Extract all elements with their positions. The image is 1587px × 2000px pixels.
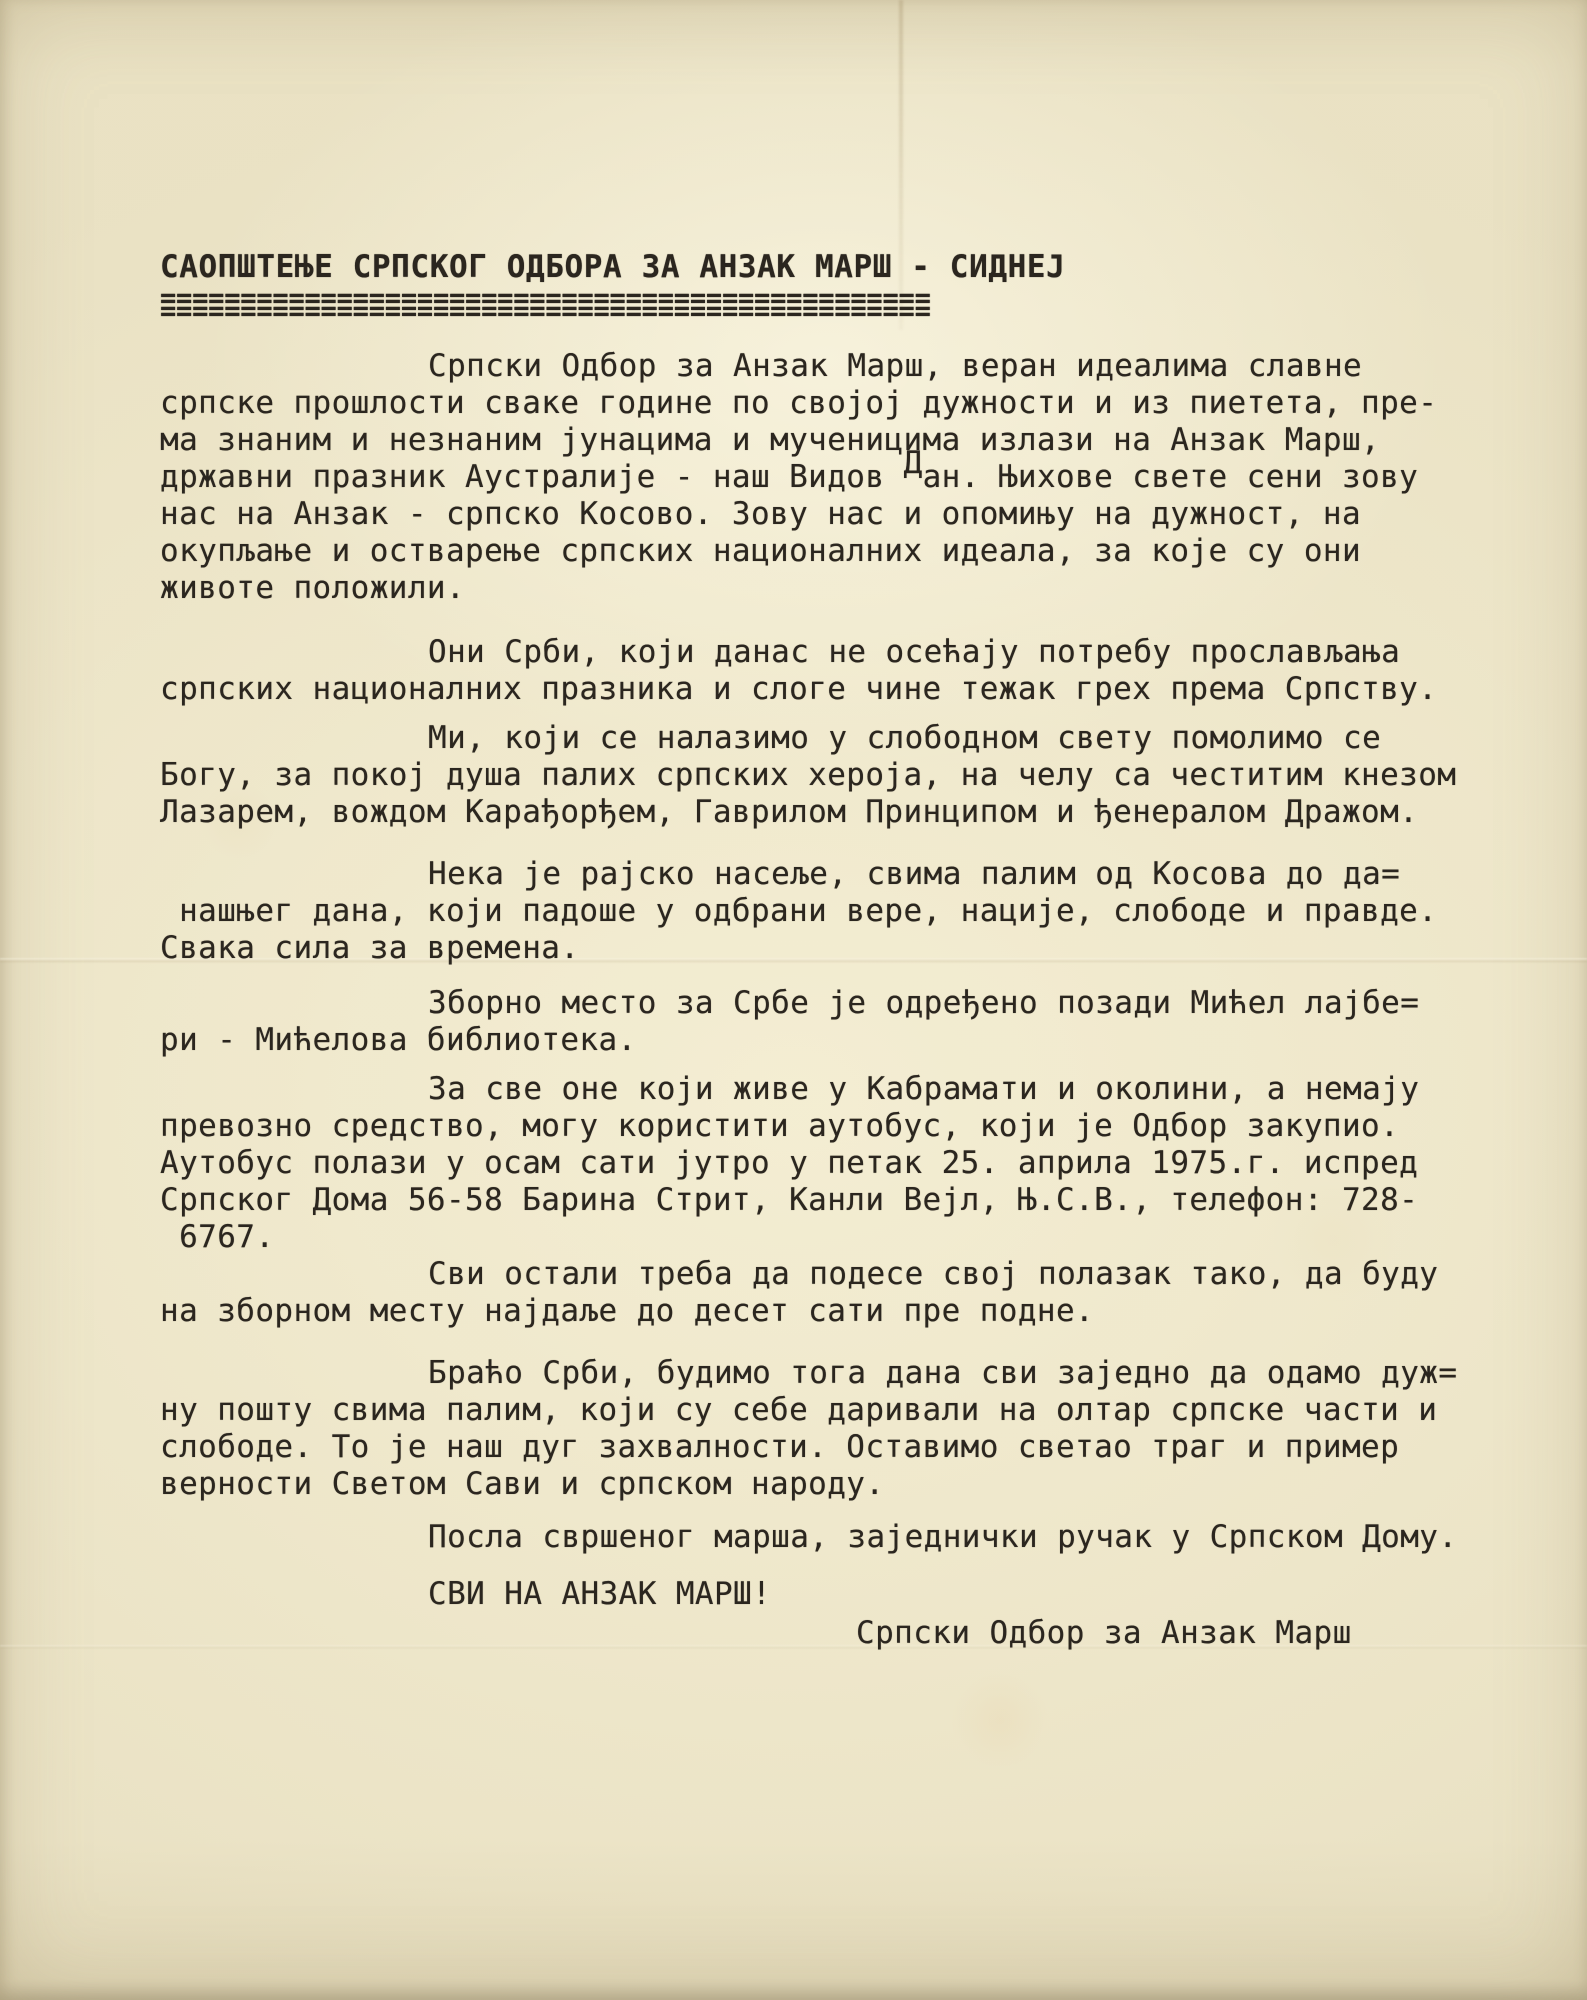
underline-row: ========================================…	[160, 302, 1480, 315]
paragraph-1: Српски Одбор за Анзак Марш, веран идеали…	[160, 348, 1480, 607]
signature-text: Српски Одбор за Анзак Марш	[856, 1615, 1480, 1652]
letter-content: САОПШТЕЊЕ СРПСКОГ ОДБОРА ЗА АНЗАК МАРШ -…	[160, 248, 1480, 1652]
paragraph-3: Ми, који се налазимо у слободном свету п…	[160, 720, 1480, 831]
paragraph-4: Нека је рајско насеље, свима палим од Ко…	[160, 856, 1480, 967]
text-line: Браћо Срби, будимо тога дана сви заједно…	[160, 1355, 1480, 1392]
text-line: на зборном месту најдаље до десет сати п…	[160, 1293, 1480, 1330]
text-line: Сви остали треба да подесе свој полазак …	[160, 1256, 1480, 1293]
text-line: Ми, који се налазимо у слободном свету п…	[160, 720, 1480, 757]
text-line: Свака сила за времена.	[160, 930, 1480, 967]
text-line: слободе. То је наш дуг захвалности. Оста…	[160, 1429, 1480, 1466]
text-segment: државни празник Аустралије - наш Видов	[160, 459, 903, 495]
document-title: САОПШТЕЊЕ СРПСКОГ ОДБОРА ЗА АНЗАК МАРШ -…	[160, 248, 1480, 286]
text-line: нашњег дана, који падоше у одбрани вере,…	[160, 893, 1480, 930]
raised-typed-letter: Д	[903, 445, 922, 482]
text-line: Они Срби, који данас не осећају потребу …	[160, 634, 1480, 671]
text-line: ма знаним и незнаним јунацима и мученици…	[160, 422, 1480, 459]
title-underline: ========================================…	[160, 289, 1480, 320]
text-segment: ан. Њихове свете сени зову	[923, 459, 1419, 495]
paragraph-5: Зборно место за Србе је одређено позади …	[160, 985, 1480, 1059]
paragraph-8: Браћо Срби, будимо тога дана сви заједно…	[160, 1355, 1480, 1503]
text-line: Нека је рајско насеље, свима палим од Ко…	[160, 856, 1480, 893]
slogan-text: СВИ НА АНЗАК МАРШ!	[160, 1576, 1480, 1613]
text-line: Српски Одбор за Анзак Марш, веран идеали…	[160, 348, 1480, 385]
text-line: ну пошту свима палим, који су себе дарив…	[160, 1392, 1480, 1429]
text-line: Аутобус полази у осам сати јутро у петак…	[160, 1145, 1480, 1182]
text-line: ри - Мићелова библиотека.	[160, 1022, 1480, 1059]
text-line: Зборно место за Србе је одређено позади …	[160, 985, 1480, 1022]
text-line: окупљање и остварење српских националних…	[160, 533, 1480, 570]
text-line: Српског Дома 56-58 Барина Стрит, Канли В…	[160, 1182, 1480, 1219]
text-line: превозно средство, могу користити аутобу…	[160, 1108, 1480, 1145]
signature: Српски Одбор за Анзак Марш	[856, 1615, 1480, 1652]
text-line: животе положили.	[160, 570, 1480, 607]
paragraph-7: Сви остали треба да подесе свој полазак …	[160, 1256, 1480, 1330]
paragraph-6: За све оне који живе у Кабрамати и околи…	[160, 1071, 1480, 1256]
text-line: Лазарем, вождом Карађорђем, Гаврилом При…	[160, 794, 1480, 831]
text-line: 6767.	[160, 1219, 1480, 1256]
text-line: државни празник Аустралије - наш Видов Д…	[160, 459, 1480, 496]
text-line: српских националних празника и слоге чин…	[160, 671, 1480, 708]
paragraph-2: Они Срби, који данас не осећају потребу …	[160, 634, 1480, 708]
text-line: српске прошлости сваке године по својој …	[160, 385, 1480, 422]
paragraph-9: Посла свршеног марша, заједнички ручак у…	[160, 1519, 1480, 1556]
text-line: Богу, за покој душа палих српских хероја…	[160, 757, 1480, 794]
text-line: нас на Анзак - српско Косово. Зову нас и…	[160, 496, 1480, 533]
text-line: За све оне који живе у Кабрамати и околи…	[160, 1071, 1480, 1108]
text-line: Посла свршеног марша, заједнички ручак у…	[160, 1519, 1480, 1556]
text-line: верности Светом Сави и српском народу.	[160, 1466, 1480, 1503]
scanned-typewritten-letter: САОПШТЕЊЕ СРПСКОГ ОДБОРА ЗА АНЗАК МАРШ -…	[0, 0, 1587, 2000]
slogan: СВИ НА АНЗАК МАРШ!	[160, 1576, 1480, 1613]
